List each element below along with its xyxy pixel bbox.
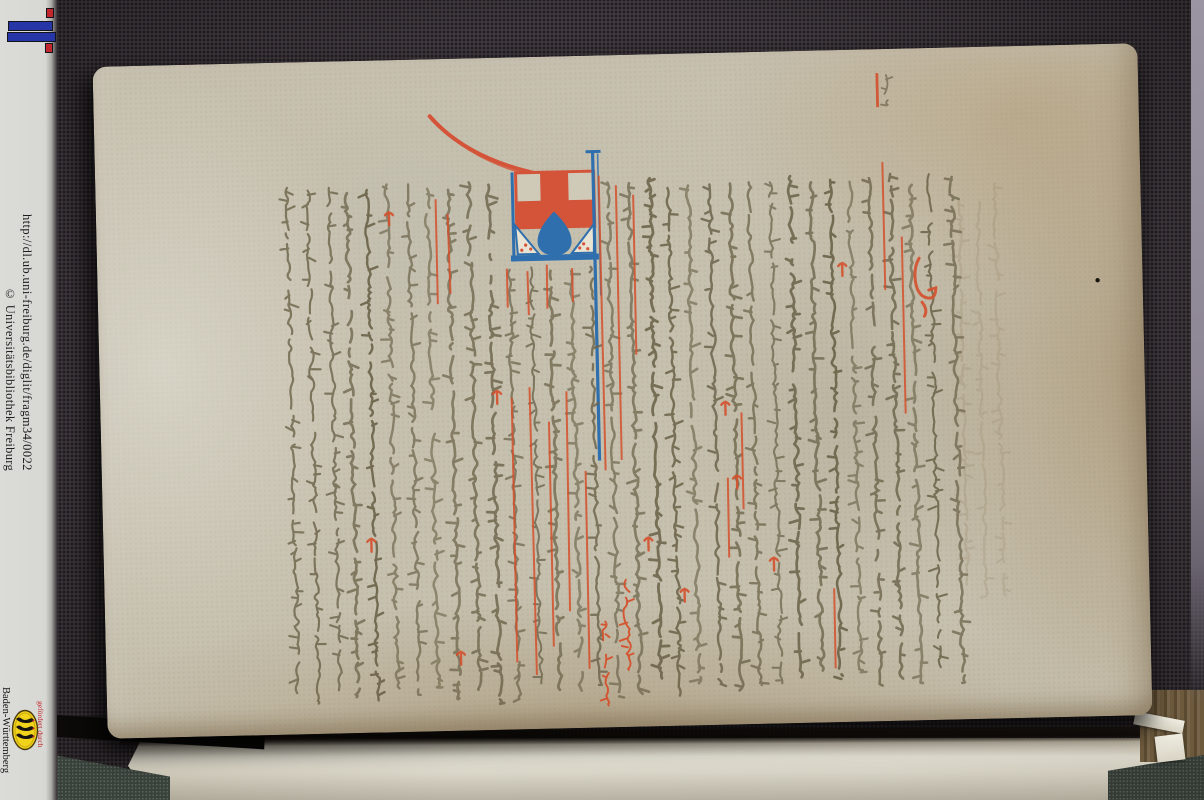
baden-wuerttemberg-crest-icon — [11, 709, 39, 751]
binding-tape — [1155, 733, 1186, 762]
copyright-notice: © Universitätsbibliothek Freiburg — [2, 287, 17, 471]
registration-mark-blue-bar — [7, 32, 56, 42]
underlying-parchment-page — [128, 738, 1204, 800]
source-url: http://dl.ub.uni-freiburg.de/diglit/frag… — [19, 214, 34, 471]
digitized-manuscript-scan: http://dl.ub.uni-freiburg.de/diglit/frag… — [0, 0, 1204, 800]
registration-mark-red-tick — [45, 43, 53, 53]
registration-mark-blue-bar — [8, 21, 53, 31]
scan-margin-bar: http://dl.ub.uni-freiburg.de/diglit/frag… — [0, 0, 57, 800]
manuscript-writing — [93, 43, 1153, 739]
decorated-initial — [430, 112, 608, 464]
scanner-edge-strip — [1191, 0, 1204, 705]
registration-mark-red-tick — [46, 8, 54, 18]
manuscript-page — [93, 43, 1153, 739]
funding-state-label: Baden-Württemberg — [0, 687, 11, 773]
